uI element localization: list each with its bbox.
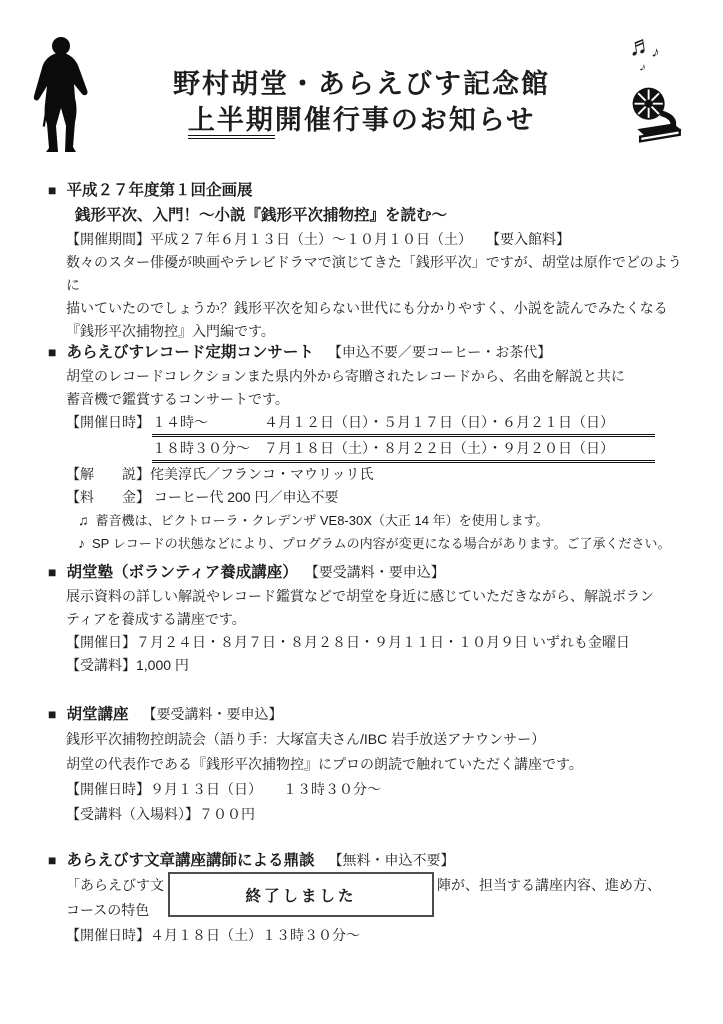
date-line: 【開催日】７月２４日・８月７日・８月２８日・９月１１日・１０月９日 いずれも金曜… xyxy=(48,631,693,654)
schedule-label-spacer xyxy=(66,437,152,463)
section-exhibition: ■平成２７年度第１回企画展 銭形平次、入門！～小説『銭形平次捕物控』を読む～ 【… xyxy=(48,178,693,343)
schedule-row: 【開催日時】 １４時～ ４月１２日（日）・５月１７日（日）・６月２１日（日） xyxy=(48,411,693,437)
footnote-text: SP レコードの状態などにより、プログラムの内容が変更になる場合があります。ご了… xyxy=(92,536,671,551)
bullet-square-icon: ■ xyxy=(48,182,56,198)
bullet-square-icon: ■ xyxy=(48,706,56,722)
fee-line: 【受講料】1,000 円 xyxy=(48,654,693,677)
section-heading-text: あらえびす文章講座講師による鼎談 xyxy=(66,852,314,869)
body-fragment-left: 「あらえびす文 xyxy=(66,877,164,893)
schedule-dates-1: １４時～ ４月１２日（日）・５月１７日（日）・６月２１日（日） xyxy=(152,411,655,437)
body-line: 数々のスター俳優が映画やテレビドラマで演じてきた「銭形平次」ですが、胡堂は原作で… xyxy=(48,251,693,297)
datetime-line: 【開催日時】９月１３日（日） １３時３０分～ xyxy=(48,777,693,802)
section-heading-text: 胡堂塾（ボランティア養成講座） xyxy=(66,564,297,581)
page-subtitle: 上半期開催行事のお知らせ xyxy=(0,98,723,137)
section-heading: ■平成２７年度第１回企画展 xyxy=(48,178,693,203)
section-heading-text: あらえびすレコード定期コンサート xyxy=(66,344,313,361)
bullet-square-icon: ■ xyxy=(48,564,56,580)
section-heading-text: 胡堂講座 xyxy=(66,706,128,723)
ended-label: 終了しました xyxy=(245,884,356,906)
body-line: 展示資料の詳しい解説やレコード鑑賞などで胡堂を身近に感じていただきながら、解説ボ… xyxy=(48,585,693,608)
body-fragment-left: コースの特色 xyxy=(66,902,149,918)
commentary-line: 【解 説】侘美淳氏／フランコ・マウリッリ氏 xyxy=(48,463,693,486)
schedule-label: 【開催日時】 xyxy=(66,411,152,437)
section-heading: ■胡堂塾（ボランティア養成講座）【要受講料・要申込】 xyxy=(48,560,693,585)
section-heading: ■あらえびすレコード定期コンサート【申込不要／要コーヒー・お茶代】 xyxy=(48,340,693,365)
section-heading: ■あらえびす文章講座講師による鼎談【無料・申込不要】 xyxy=(48,848,693,873)
subtitle-underlined-part: 上半期 xyxy=(188,105,275,139)
section-heading: ■胡堂講座【要受講料・要申込】 xyxy=(48,702,693,727)
ended-overlay-box: 終了しました xyxy=(168,872,434,917)
body-line: 銭形平次捕物控朗読会（語り手：大塚富夫さん/IBC 岩手放送アナウンサー） xyxy=(48,727,693,752)
body-line: ティアを養成する講座です。 xyxy=(48,608,693,631)
schedule-row: １８時３０分～ ７月１８日（土）・８月２２日（土）・９月２０日（日） xyxy=(48,437,693,463)
eighth-note-icon: ♪ xyxy=(78,535,85,551)
footnote-text: 蓄音機は、ビクトローラ・クレデンザ VE8-30X（大正 14 年）を使用します… xyxy=(96,513,549,528)
subtitle-rest: 開催行事のお知らせ xyxy=(275,105,535,135)
fee-line: 【料 金】 コーヒー代 200 円／申込不要 xyxy=(48,486,693,509)
footnote-line: ♫蓄音機は、ビクトローラ・クレデンザ VE8-30X（大正 14 年）を使用しま… xyxy=(48,509,693,532)
section-heading-text: 平成２７年度第１回企画展 xyxy=(66,182,252,199)
exhibition-subtitle: 銭形平次、入門！～小説『銭形平次捕物控』を読む～ xyxy=(48,203,693,228)
section-heading-note: 【要受講料・要申込】 xyxy=(142,706,282,722)
page-title: 野村胡堂・あらえびす記念館 xyxy=(0,62,723,101)
section-kodo-koza: ■胡堂講座【要受講料・要申込】 銭形平次捕物控朗読会（語り手：大塚富夫さん/IB… xyxy=(48,702,693,827)
section-heading-note: 【無料・申込不要】 xyxy=(328,852,454,868)
beamed-note-icon: ♫ xyxy=(78,512,89,528)
schedule-dates-2: １８時３０分～ ７月１８日（土）・８月２２日（土）・９月２０日（日） xyxy=(152,437,655,463)
body-line: 胡堂の代表作である『銭形平次捕物控』にプロの朗読で触れていただく講座です。 xyxy=(48,752,693,777)
footnote-line: ♪SP レコードの状態などにより、プログラムの内容が変更になる場合があります。ご… xyxy=(48,532,693,555)
section-record-concert: ■あらえびすレコード定期コンサート【申込不要／要コーヒー・お茶代】 胡堂のレコー… xyxy=(48,340,693,555)
datetime-line: 【開催日時】４月１８日（土）１３時３０分～ xyxy=(48,923,693,948)
exhibition-period: 【開催期間】平成２７年６月１３日（土）～１０月１０日（土） 【要入館料】 xyxy=(48,228,693,251)
body-line: 胡堂のレコードコレクションまた県内外から寄贈されたレコードから、名曲を解説と共に xyxy=(48,365,693,388)
bullet-square-icon: ■ xyxy=(48,344,56,360)
bullet-square-icon: ■ xyxy=(48,852,56,868)
section-heading-note: 【申込不要／要コーヒー・お茶代】 xyxy=(328,344,551,360)
section-kodo-juku: ■胡堂塾（ボランティア養成講座）【要受講料・要申込】 展示資料の詳しい解説やレコ… xyxy=(48,560,693,677)
fee-line: 【受講料（入場料）】７００円 xyxy=(48,802,693,827)
body-fragment-right: 陣が、担当する講座内容、進め方、 xyxy=(437,877,661,893)
body-line: 描いていたのでしょうか？銭形平次を知らない世代にも分かりやすく、小説を読んでみた… xyxy=(48,297,693,320)
document-page: ♬♪♪ 野村胡堂・あらえびす記念館 上半期開催行事のお知らせ ■平成２７年度第１… xyxy=(0,0,723,1024)
body-line: 蓄音機で鑑賞するコンサートです。 xyxy=(48,388,693,411)
section-heading-note: 【要受講料・要申込】 xyxy=(312,564,445,580)
